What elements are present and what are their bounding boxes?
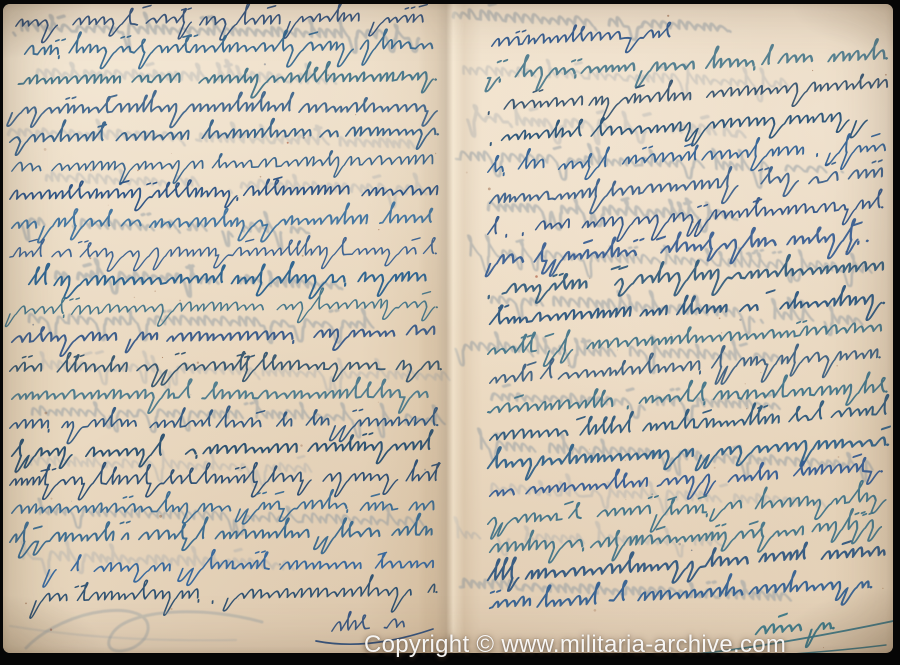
handwritten-line [6,202,439,245]
handwritten-line [7,489,441,527]
paper-clip-group [2,1,898,658]
flourish-layer [10,610,898,657]
foxing-speck [513,402,514,403]
foxing-speck [671,334,672,335]
foxing-speck [303,137,305,139]
handwritten-line [6,89,446,129]
foxing-speck [134,297,135,298]
bleed-through-line [40,160,431,208]
foxing-speck [822,241,823,242]
bleed-through-line [25,394,450,439]
foxing-speck [836,365,838,367]
foxing-speck [568,365,569,366]
right-underline-long [636,645,886,658]
foxing-speck [90,169,92,171]
foxing-speck [355,114,356,115]
handwritten-line [7,321,439,357]
foxing-speck [45,412,48,415]
foxing-speck [197,362,199,364]
scanned-letter: Copyright © www.militaria-archive.com [0,0,900,665]
foxing-speck [25,603,27,605]
foxing-speck [32,324,34,326]
handwritten-line [332,608,410,632]
foxing-speck [435,153,436,154]
foxing-speck [179,300,181,302]
foxing-speck [885,74,887,76]
handwritten-line [5,175,444,212]
foxing-speck [594,609,597,612]
foxing-speck [264,63,266,65]
foxing-speck [714,467,716,469]
foxing-speck [327,74,329,76]
handwritten-line [6,149,437,186]
foxing-speck [625,460,626,461]
handwritten-line [482,36,895,95]
foxing-speck [719,317,721,319]
bleed-through-line [15,203,315,251]
bleed-through-line [448,328,787,377]
foxing-speck [44,148,47,151]
foxing-speck [89,257,91,259]
right-rising-stroke [686,620,898,655]
foxing-speck [745,383,746,384]
foxing-speck [589,449,590,450]
handwritten-line [484,157,889,221]
bleed-through-line [451,517,730,563]
foxing-speck [617,350,618,351]
bleed-loops-bottom-left [26,610,262,651]
foxing-speck [760,372,761,373]
foxing-speck [260,176,262,178]
foxing-speck [488,188,491,191]
bleed-through-line [482,192,742,236]
foxing-speck [466,172,468,174]
foxing-speck [882,588,883,589]
foxing-speck [838,456,840,458]
foxing-speck [424,469,426,471]
foxing-speck [287,142,289,144]
foxing-speck [739,319,741,321]
foxing-speck [154,290,156,292]
foxing-speck [667,15,669,17]
foxing-speck [190,394,191,395]
foxing-speck [108,205,109,206]
foxing-speck [378,402,379,403]
foxing-speck [535,275,538,278]
handwriting-svg [0,0,900,665]
foxing-speck [279,563,281,565]
handwritten-line [487,20,676,60]
foxing-speck [823,647,824,648]
foxing-speck [678,543,681,546]
foxing-speck [171,153,172,154]
bleed-through-line [485,382,786,424]
foxing-speck [300,444,302,446]
foxing-speck [159,515,162,518]
foxing-speck [746,408,747,409]
foxing-speck [651,493,653,495]
foxing-speck [51,498,53,500]
left-signature-underline [316,629,433,644]
foxing-speck [812,70,813,71]
foxing-speck [691,550,693,552]
foxing-speck [378,229,379,230]
foxing-speck [721,332,722,333]
foxing-speck [589,278,590,279]
foxing-speck [71,501,72,502]
foxing-speck [162,357,163,358]
handwritten-line [484,218,876,281]
right-page-handwriting [480,20,896,652]
foxing-speck [626,499,627,500]
foxing-speck [170,608,172,610]
foxing-speck [670,561,671,562]
bleed-through-layer [2,1,878,601]
foxing-speck [238,599,239,600]
handwritten-line [4,350,448,387]
foxing-speck [302,255,304,257]
